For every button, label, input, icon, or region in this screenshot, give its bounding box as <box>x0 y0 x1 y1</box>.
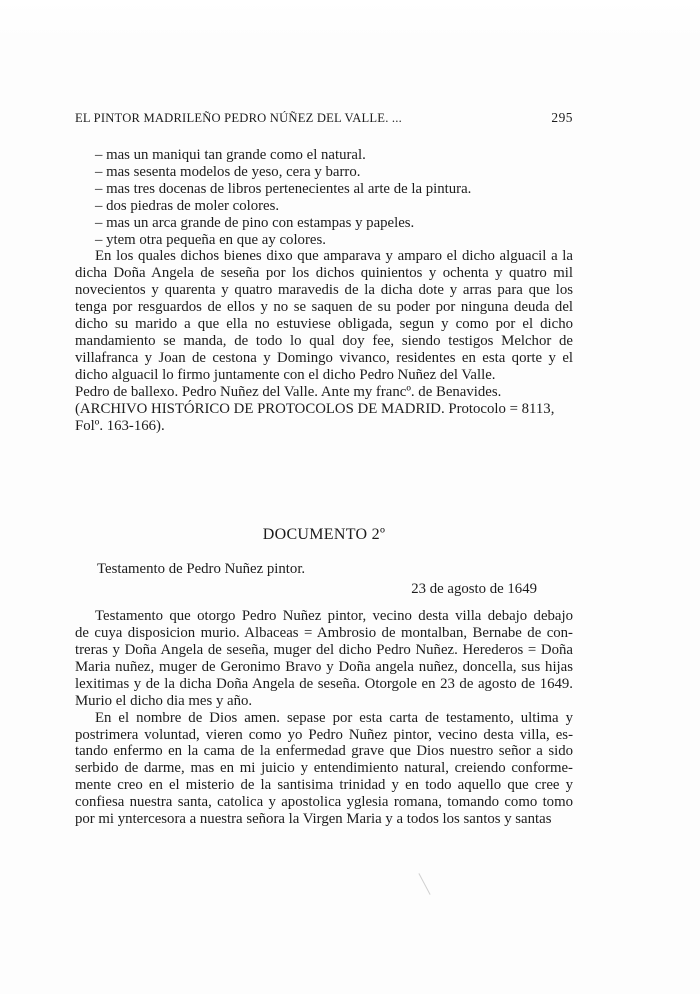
text-line: – dos piedras de moler colores. <box>95 198 573 215</box>
text-line: lexitimas y de la dicha Doña Angela de s… <box>75 676 573 693</box>
text-line: Murio el dicho dia mes y año. <box>75 693 573 710</box>
paragraph-en-el-nombre: En el nombre de Dios amen. sepase por es… <box>75 710 573 828</box>
running-header-title: EL PINTOR MADRILEÑO PEDRO NÚÑEZ DEL VALL… <box>75 111 402 126</box>
document2-heading: DOCUMENTO 2º <box>75 525 573 544</box>
text-line: Pedro de ballexo. Pedro Nuñez del Valle.… <box>75 384 573 401</box>
text-line: por mi yntercesora a nuestra señora la V… <box>75 811 573 828</box>
pen-mark <box>418 873 430 895</box>
text-line: dicho alguacil lo firmo juntamente con e… <box>75 367 573 384</box>
running-header: EL PINTOR MADRILEÑO PEDRO NÚÑEZ DEL VALL… <box>75 110 573 126</box>
text-line: Testamento que otorgo Pedro Nuñez pintor… <box>75 608 573 625</box>
text-line: serbido de darme, mas en mi juicio y ent… <box>75 760 573 777</box>
text-line: – ytem otra pequeña en que ay colores. <box>95 232 573 249</box>
text-line: – mas sesenta modelos de yeso, cera y ba… <box>95 164 573 181</box>
text-line: – mas tres docenas de libros pertenecien… <box>95 181 573 198</box>
text-line: treras y Doña Angela de seseña, muger de… <box>75 642 573 659</box>
text-line: mente creo en el misterio de la santisim… <box>75 777 573 794</box>
text-line: – mas un maniqui tan grande como el natu… <box>95 147 573 164</box>
paragraph-testamento: Testamento que otorgo Pedro Nuñez pintor… <box>75 608 573 709</box>
text-line: Maria nuñez, muger de Geronimo Bravo y D… <box>75 659 573 676</box>
text-line: dicho su marido a que ella no estuviese … <box>75 316 573 333</box>
text-line: En el nombre de Dios amen. sepase por es… <box>75 710 573 727</box>
text-line: novecientos y quarenta y quatro maravedi… <box>75 282 573 299</box>
text-line: Folº. 163-166). <box>75 418 573 435</box>
text-line: postrimera voluntad, vieren como yo Pedr… <box>75 727 573 744</box>
text-line: En los quales dichos bienes dixo que amp… <box>75 248 573 265</box>
document2-subtitle: Testamento de Pedro Nuñez pintor. <box>75 561 573 578</box>
scanned-page: EL PINTOR MADRILEÑO PEDRO NÚÑEZ DEL VALL… <box>0 0 700 994</box>
text-line: confiesa nuestra santa, catolica y apost… <box>75 794 573 811</box>
text-line: tenga por resguardos de ellos y no se sa… <box>75 299 573 316</box>
page-number: 295 <box>551 110 573 125</box>
text-line: villafranca y Joan de cestona y Domingo … <box>75 350 573 367</box>
text-line: tando enfermo en la cama de la enfermeda… <box>75 743 573 760</box>
text-line: dicha Doña Angela de seseña por los dich… <box>75 265 573 282</box>
inventory-list: – mas un maniqui tan grande como el natu… <box>95 147 573 248</box>
text-line: mandamiento se manda, de todo lo qual do… <box>75 333 573 350</box>
text-line: – mas un arca grande de pino con estampa… <box>95 215 573 232</box>
text-line: (ARCHIVO HISTÓRICO DE PROTOCOLOS DE MADR… <box>75 401 573 418</box>
signature-archive-block: Pedro de ballexo. Pedro Nuñez del Valle.… <box>75 384 573 435</box>
document2-date: 23 de agosto de 1649 <box>75 581 573 598</box>
paragraph-amparo: En los quales dichos bienes dixo que amp… <box>75 248 573 383</box>
text-line: de cuya disposicion murio. Albaceas = Am… <box>75 625 573 642</box>
